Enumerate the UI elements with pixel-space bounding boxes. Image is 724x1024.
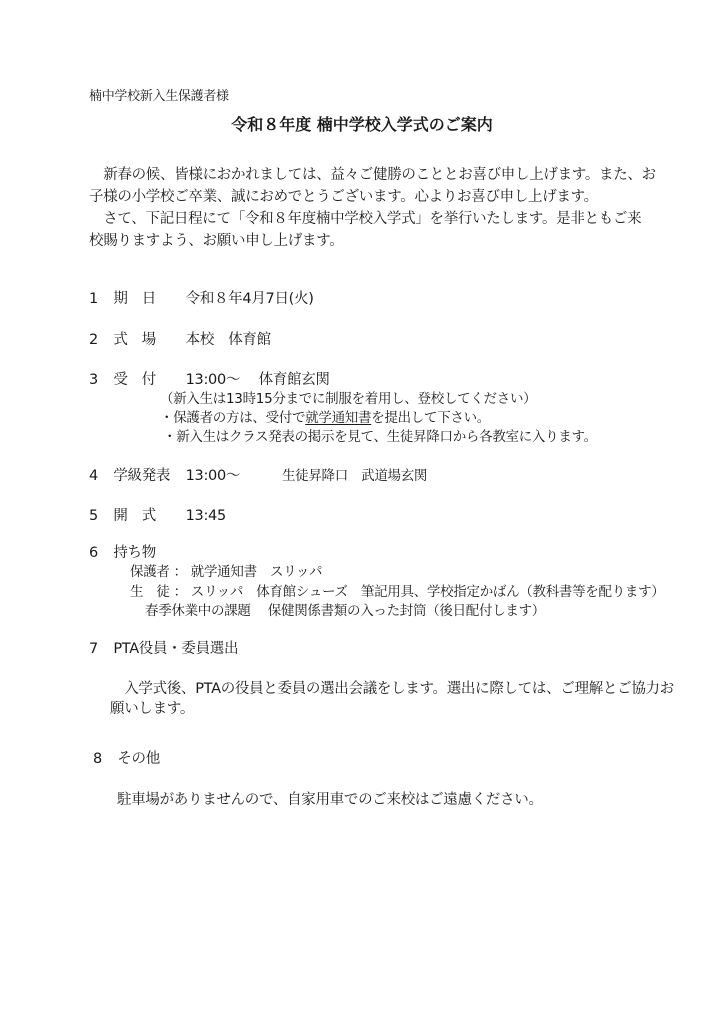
- section-5: 5 開 式 13:45: [89, 507, 226, 525]
- addressee: 楠中学校新入生保護者様: [89, 88, 229, 106]
- reception-note: ・新入生はクラス発表の掲示を見て、生徒昇降口から各教室に入ります。: [163, 428, 597, 446]
- section-value: 令和８年4月7日(火): [186, 291, 314, 307]
- section-label: 持ち物: [113, 544, 156, 562]
- section-number: 3: [89, 371, 109, 389]
- intro-line: 校賜りますよう、お願い申し上げます。: [89, 232, 343, 250]
- section-6: 6 持ち物: [89, 544, 156, 562]
- section-label: 学級発表: [113, 467, 181, 485]
- section-label: PTA役員・委員選出: [113, 640, 238, 658]
- belongings-item: 保護者 ： 就学通知書 スリッパ: [130, 563, 322, 581]
- pta-body: 入学式後、PTAの役員と委員の選出会議をします。選出に際しては、ご理解とご協力お: [110, 680, 674, 698]
- section-location: 生徒昇降口 武道場玄関: [282, 468, 427, 484]
- section-label: 開 式: [113, 507, 181, 525]
- section-number: 2: [89, 331, 109, 349]
- section-number: 1: [89, 290, 109, 308]
- intro-line: 子様の小学校ご卒業、誠におめでとうございます。心よりお喜び申し上げます。: [89, 188, 598, 206]
- section-7: 7 PTA役員・委員選出: [89, 640, 238, 658]
- section-number: 5: [89, 507, 109, 525]
- section-number: 6: [89, 544, 109, 562]
- other-body: 駐車場がありませんので、自家用車でのご来校はご遠慮ください。: [117, 791, 543, 809]
- enrollment-notice-emphasis: 就学通知書: [305, 410, 371, 426]
- intro-line: 新春の候、皆様におかれましては、益々ご健勝のこととお喜び申し上げます。また、お: [89, 166, 656, 184]
- reception-note: （新入生は13時15分までに制服を着用し、登校してください）: [160, 390, 536, 408]
- pta-body: 願いします。: [110, 700, 194, 718]
- section-number: 7: [89, 640, 109, 658]
- section-1: 1 期 日 令和８年4月7日(火): [89, 290, 314, 308]
- section-value: 13:45: [186, 508, 226, 524]
- section-label: 受 付: [113, 371, 181, 389]
- document-page: 楠中学校新入生保護者様 令和８年度 楠中学校入学式のご案内 新春の候、皆様におか…: [0, 0, 724, 1024]
- section-label: その他: [117, 750, 160, 768]
- section-8: 8 その他: [93, 750, 160, 768]
- document-title: 令和８年度 楠中学校入学式のご案内: [0, 116, 724, 134]
- section-label: 期 日: [113, 290, 181, 308]
- intro-line: さて、下記日程にて「令和８年度楠中学校入学式」を挙行いたします。是非ともご来: [89, 210, 641, 228]
- belongings-item: 生 徒 ： スリッパ 体育館シューズ 筆記用具、学校指定かばん（教科書等を配りま…: [130, 583, 665, 601]
- section-number: 4: [89, 467, 109, 485]
- section-label: 式 場: [113, 331, 181, 349]
- section-value: 本校 体育館: [186, 332, 271, 348]
- section-2: 2 式 場 本校 体育館: [89, 331, 271, 349]
- section-number: 8: [93, 750, 113, 768]
- reception-note: ・保護者の方は、受付で就学通知書を提出して下さい。: [160, 409, 490, 427]
- section-value: 13:00～ 体育館玄関: [186, 372, 330, 388]
- section-3: 3 受 付 13:00～ 体育館玄関: [89, 371, 330, 389]
- section-value: 13:00～: [186, 467, 278, 485]
- section-4: 4 学級発表 13:00～ 生徒昇降口 武道場玄関: [89, 467, 427, 485]
- belongings-item: 春季休業中の課題 保健関係書類の入った封筒（後日配付します）: [145, 602, 545, 620]
